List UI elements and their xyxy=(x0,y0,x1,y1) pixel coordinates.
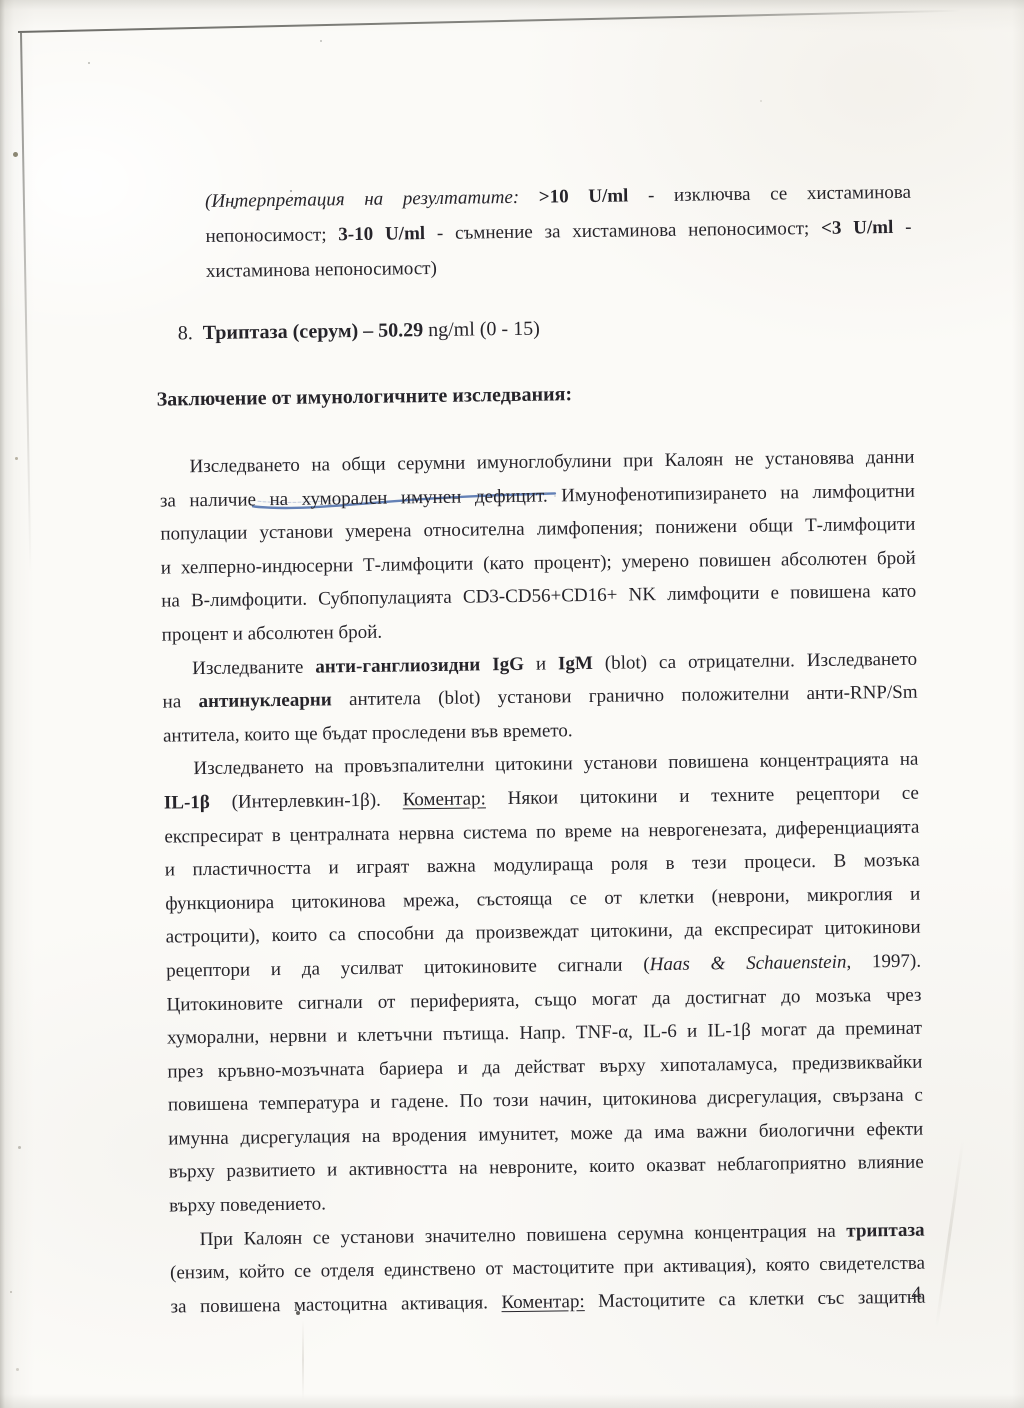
text-segment: антинуклеарни xyxy=(198,690,331,713)
text-segment: функционира цитокинова мрежа, състояща с… xyxy=(165,883,920,914)
scan-speck xyxy=(88,62,90,64)
text-segment: през кръвно-мозъчната бариера и да дейст… xyxy=(167,1051,922,1082)
text-segment: антитела (blot) установи гранично положи… xyxy=(332,682,918,711)
text-segment: При Калоян се установи значително повише… xyxy=(200,1220,847,1249)
text-segment: 3-10 U/ml xyxy=(338,223,425,245)
scan-speck xyxy=(13,152,18,157)
text-segment: Коментар: xyxy=(402,788,486,810)
text-segment: експресират в централната нервна система… xyxy=(164,816,919,847)
text-segment: върху поведението. xyxy=(169,1194,326,1217)
text-segment: (ензим, който се отделя единствено от ма… xyxy=(170,1253,925,1284)
text-segment: Изследването на общи серумни имуноглобул… xyxy=(189,447,914,477)
text-segment: за повишена мастоцитна активация. xyxy=(170,1292,501,1317)
scan-speck xyxy=(10,1291,12,1293)
text-segment: хистаминова непоносимост) xyxy=(206,258,437,282)
scan-speck xyxy=(233,206,236,209)
text-segment: процент и абсолютен брой. xyxy=(162,622,383,646)
scan-speck xyxy=(18,1146,21,1149)
text-segment: анти-ганглиозидни IgG xyxy=(315,653,524,677)
scan-speck xyxy=(554,495,556,497)
text-line: 8. Триптаза (серум) – 50.29 ng/ml (0 - 1… xyxy=(178,307,913,351)
text-segment: за наличие на хуморален имунен дефицит. … xyxy=(160,480,915,511)
text-segment: >10 U/ml xyxy=(539,185,629,207)
text-segment: Haas & Schauenstein xyxy=(650,952,847,976)
text-segment: Цитокиновите сигнали от периферията, същ… xyxy=(166,984,921,1015)
text-segment: IgM xyxy=(558,652,593,673)
scan-speck xyxy=(320,40,322,42)
scan-speck xyxy=(15,457,18,460)
scan-speck xyxy=(760,100,762,102)
text-segment: и хелперно-индюсерни Т-лимфоцити (като п… xyxy=(161,547,916,578)
scanned-document-page: 4 (Интерпретация на резултатите: >10 U/m… xyxy=(0,0,1024,1408)
text-segment: IL-1β xyxy=(164,792,210,814)
text-segment: Коментар: xyxy=(501,1291,585,1313)
text-segment: астроцити), които са способни да произве… xyxy=(166,917,921,948)
text-segment: на xyxy=(162,691,198,712)
text-line: Заключение от имунологичните изследвания… xyxy=(156,373,913,417)
text-segment: - съмнение за хистаминова непоносимост; xyxy=(425,218,821,244)
text-segment: и xyxy=(524,653,558,674)
scan-speck xyxy=(290,190,292,192)
text-segment: Мастоцитите са клетки със защитна xyxy=(585,1286,926,1311)
conclusion-heading: Заключение от имунологичните изследвания… xyxy=(156,373,913,417)
text-segment: хуморални, нервни и клетъчни пътища. Нап… xyxy=(167,1018,922,1049)
text-segment: повишена температура и гадене. По този н… xyxy=(168,1085,923,1116)
text-segment: антитела, които ще бъдат проследени във … xyxy=(163,720,573,746)
text-segment: популации установи умерена относителна л… xyxy=(160,514,915,545)
text-segment: и пластичността и играят важна модулиращ… xyxy=(165,850,920,881)
text-segment: Изследването на провъзпалителни цитокини… xyxy=(193,749,918,779)
content-layer: 4 (Интерпретация на резултатите: >10 U/m… xyxy=(0,0,1024,1408)
text-segment: Изследваните xyxy=(192,656,315,679)
text-segment: Заключение от имунологичните изследвания… xyxy=(157,383,573,410)
text-segment: Триптаза (серум) – 50.29 xyxy=(203,319,424,344)
text-segment: 8. xyxy=(178,322,203,344)
text-segment: върху развитието и активността на неврон… xyxy=(169,1152,924,1183)
text-segment: (blot) са отрицателни. Изследването xyxy=(593,648,918,673)
scan-speck xyxy=(16,1368,19,1371)
interpretation-note: (Интерпретация на резултатите: >10 U/ml … xyxy=(205,175,912,289)
text-segment: - xyxy=(893,217,911,238)
scan-speck xyxy=(296,1311,300,1315)
text-segment: (Интерпретация на резултатите: xyxy=(205,187,519,212)
text-segment: (Интерлевкин-1β). xyxy=(210,789,403,813)
text-segment: на В-лимфоцити. Субпопулацията CD3-CD56+… xyxy=(161,581,916,612)
text-segment: триптаза xyxy=(846,1219,925,1241)
text-segment: , 1997). xyxy=(846,951,921,973)
text-segment: ng/ml (0 - 15) xyxy=(423,318,540,342)
text-segment: рецептори и да усилват цитокиновите сигн… xyxy=(166,954,650,981)
text-segment: непоносимост; xyxy=(205,224,338,247)
text-segment: имунна дисрегулация на вродения имунитет… xyxy=(168,1119,923,1150)
scan-speck xyxy=(545,492,547,494)
result-item-8: 8. Триптаза (серум) – 50.29 ng/ml (0 - 1… xyxy=(178,307,913,351)
text-segment xyxy=(519,187,539,208)
conclusion-body: Изследването на общи серумни имуноглобул… xyxy=(159,441,925,1324)
text-segment: <3 U/ml xyxy=(821,217,894,239)
text-segment: - изключва се хистаминова xyxy=(628,182,911,207)
text-segment: Някои цитокини и техните рецептори се xyxy=(486,783,919,810)
